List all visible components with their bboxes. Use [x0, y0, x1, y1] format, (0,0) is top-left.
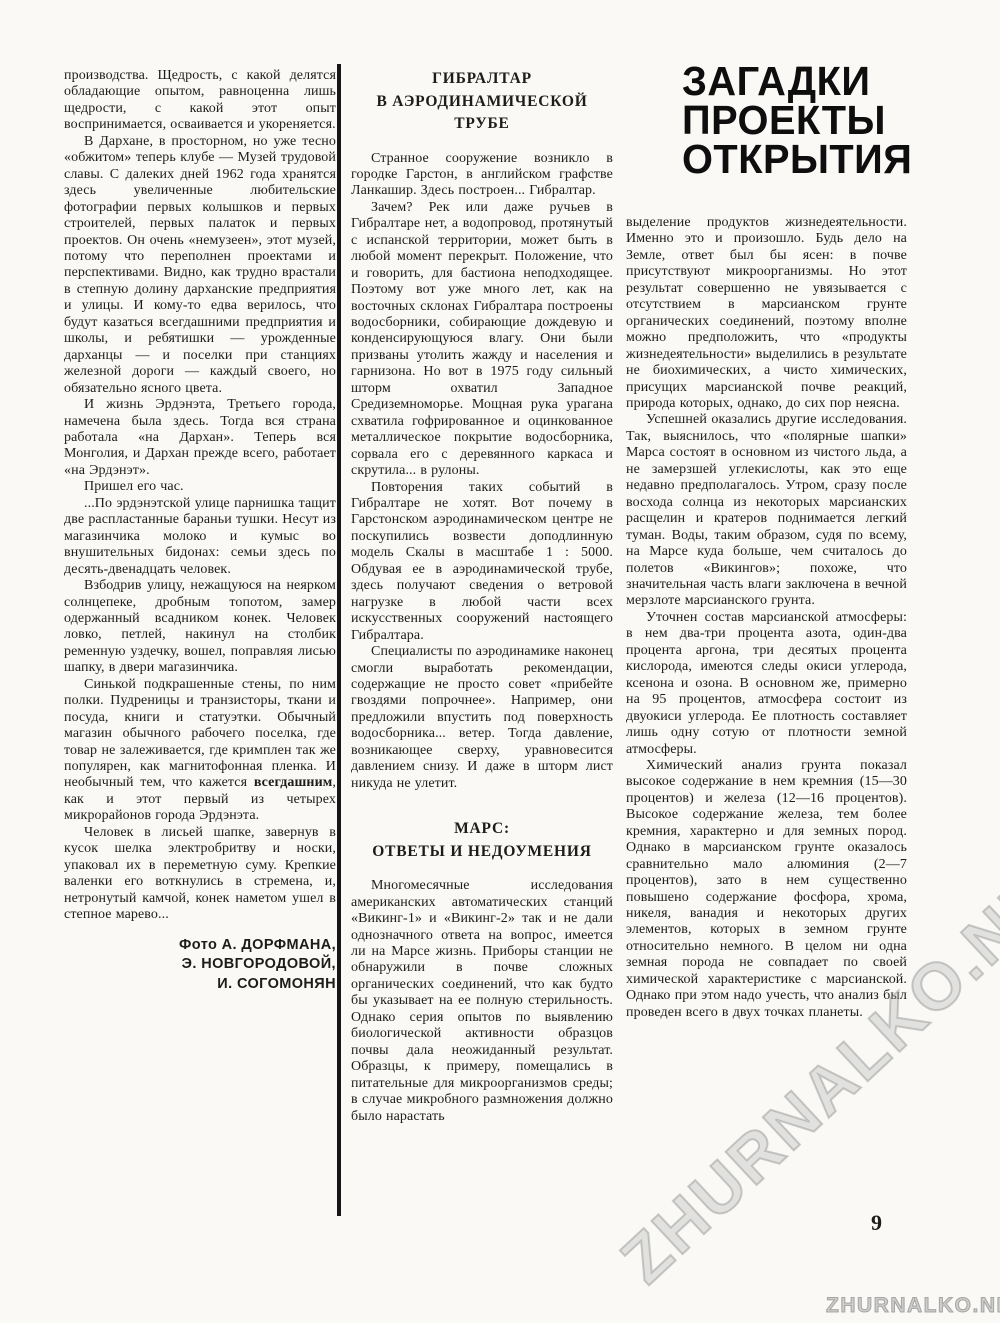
paragraph: Успешней оказались другие исследования. …	[626, 412, 907, 609]
magazine-page: производства. Щедрость, с какой делятся …	[0, 0, 1000, 1323]
article-title-gibraltar: ГИБРАЛТАР В АЭРОДИНАМИЧЕСКОЙ ТРУБЕ	[351, 68, 613, 136]
masthead-line: ОТКРЫТИЯ	[682, 140, 900, 179]
left-column: производства. Щедрость, с какой делятся …	[64, 68, 336, 994]
page-number: 9	[871, 1210, 882, 1236]
paragraph: Повторения таких событий в Гибралтаре не…	[351, 480, 613, 645]
bold-word: всегдашним	[254, 775, 333, 790]
article-title-mars: МАРС: ОТВЕТЫ И НЕДОУМЕНИЯ	[351, 818, 613, 863]
paragraph: Человек в лисьей шапке, завернув в кусок…	[64, 825, 336, 924]
column-divider-rule	[337, 64, 341, 1216]
middle-column: ГИБРАЛТАР В АЭРОДИНАМИЧЕСКОЙ ТРУБЕ Стран…	[351, 68, 613, 1125]
masthead-line: ЗАГАДКИ	[682, 62, 900, 101]
credit-line: И. СОГОМОНЯН	[64, 975, 336, 995]
right-column: ЗАГАДКИ ПРОЕКТЫ ОТКРЫТИЯ выделение проду…	[626, 62, 907, 1021]
paragraph: В Дархане, в просторном, но уже тесно «о…	[64, 134, 336, 397]
masthead-line: ПРОЕКТЫ	[682, 101, 900, 140]
paragraph: Странное сооружение возникло в городке Г…	[351, 151, 613, 200]
paragraph: Специалисты по аэродинамике наконец смог…	[351, 644, 613, 792]
paragraph: Пришел его час.	[64, 479, 336, 495]
credit-line: Э. НОВГОРОДОВОЙ,	[64, 955, 336, 975]
paragraph-text: Синькой подкрашенные стены, по ним полки…	[64, 677, 336, 791]
rubric-masthead: ЗАГАДКИ ПРОЕКТЫ ОТКРЫТИЯ	[682, 62, 900, 179]
paragraph: И жизнь Эрдэнэта, Третьего города, намеч…	[64, 397, 336, 479]
paragraph: выделение продуктов жизнедеятельности. И…	[626, 215, 907, 412]
paragraph: Зачем? Рек или даже ручьев в Гибралтаре …	[351, 200, 613, 480]
bottom-watermark: ZHURNALKO.NET	[826, 1294, 1000, 1318]
paragraph: Многомесячные исследования американских …	[351, 878, 613, 1125]
paragraph: производства. Щедрость, с какой делятся …	[64, 68, 336, 134]
paragraph: Химический анализ грунта показал высокое…	[626, 758, 907, 1021]
photo-credit: Фото А. ДОРФМАНА, Э. НОВГОРОДОВОЙ, И. СО…	[64, 936, 336, 995]
paragraph: Взбодрив улицу, нежащуюся на неярком сол…	[64, 578, 336, 677]
credit-line: Фото А. ДОРФМАНА,	[64, 936, 336, 956]
paragraph: Уточнен состав марсианской атмосферы: в …	[626, 610, 907, 758]
paragraph: Синькой подкрашенные стены, по ним полки…	[64, 677, 336, 825]
paragraph-text: ...По эрдэнэтской улице парнишка тащит д…	[64, 496, 336, 577]
paragraph: ...По эрдэнэтской улице парнишка тащит д…	[64, 496, 336, 578]
